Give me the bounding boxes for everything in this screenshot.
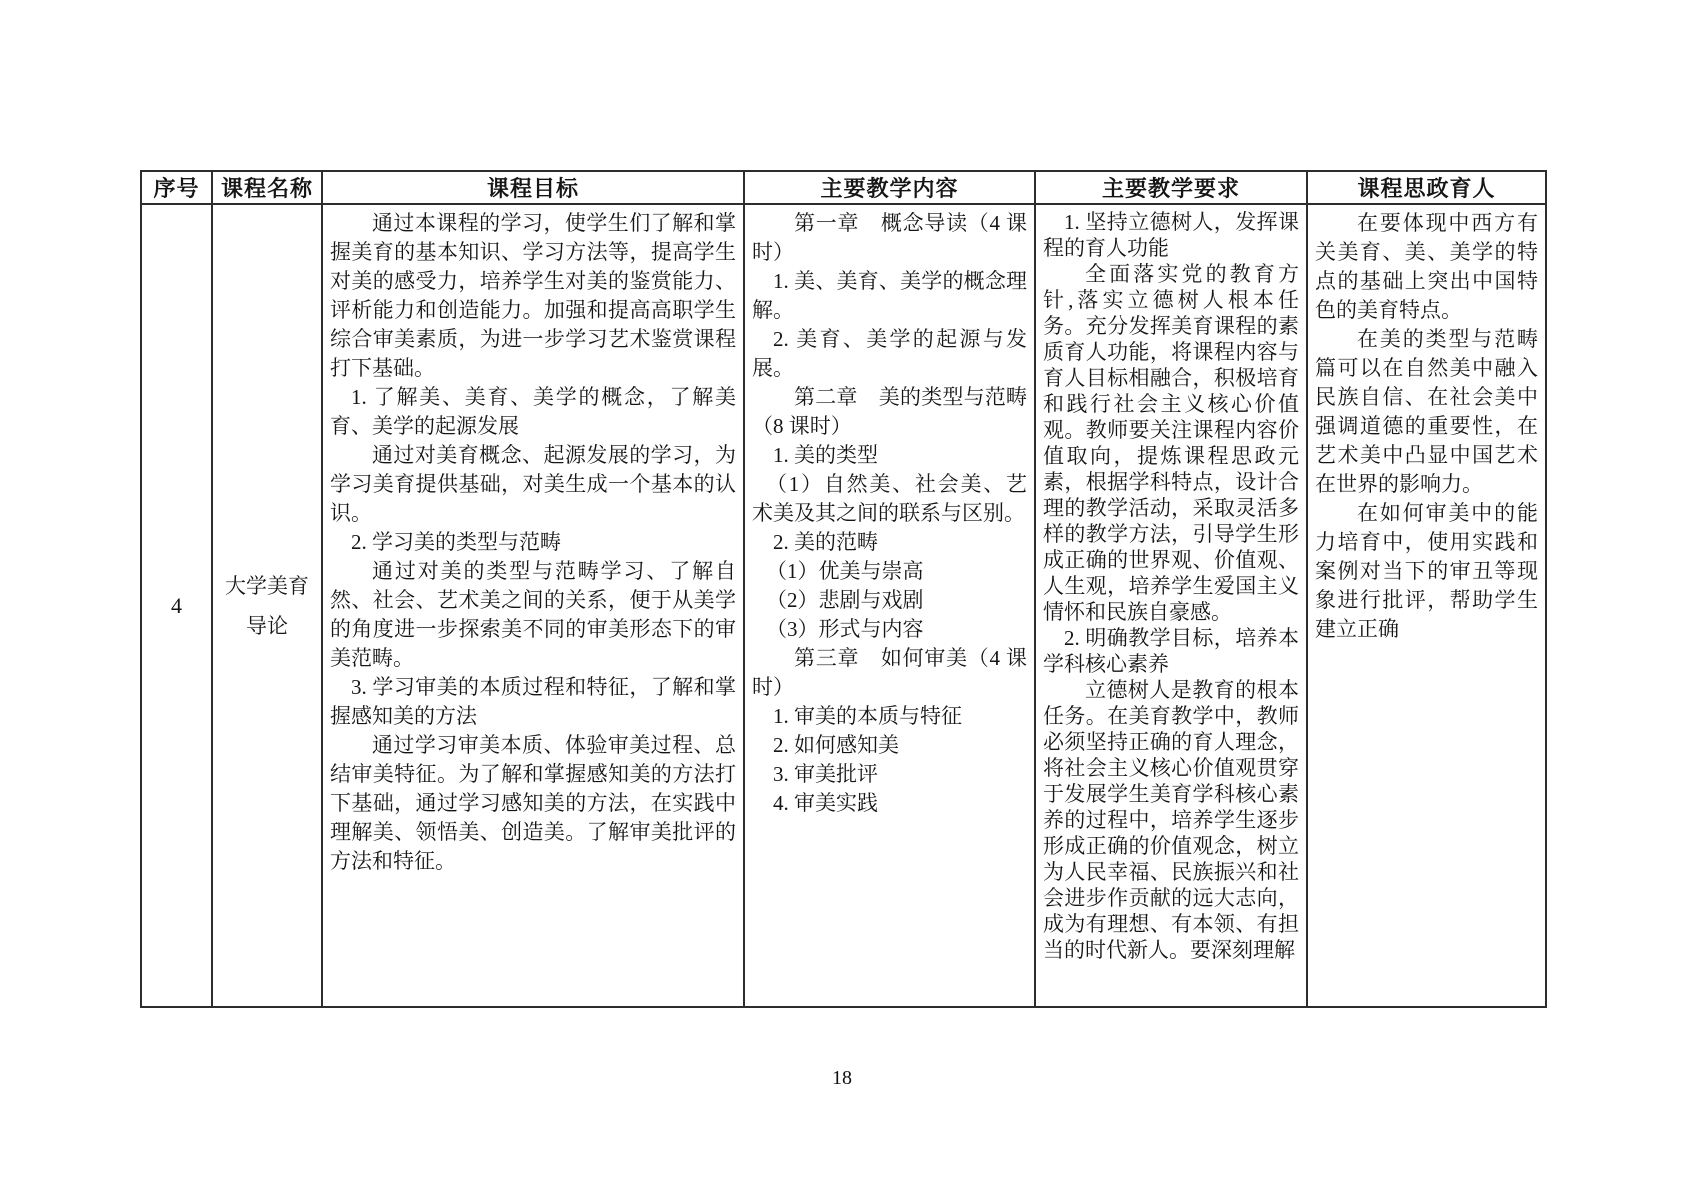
header-teaching-content: 主要教学内容 bbox=[744, 171, 1035, 204]
paragraph: 1. 坚持立德树人，发挥课程的育人功能 bbox=[1043, 209, 1299, 261]
paragraph: 大学美育 bbox=[220, 566, 314, 606]
header-course-name: 课程名称 bbox=[212, 171, 322, 204]
paragraph: 2. 明确教学目标，培养本学科核心素养 bbox=[1043, 625, 1299, 677]
cell-teaching-content: 第一章 概念导读（4 课时）1. 美、美育、美学的概念理解。2. 美育、美学的起… bbox=[744, 204, 1035, 1007]
paragraph: （1）自然美、社会美、艺术美及其之间的联系与区别。 bbox=[752, 470, 1027, 528]
paragraph: （2）悲剧与戏剧 bbox=[752, 586, 1027, 615]
paragraph: 2. 美育、美学的起源与发展。 bbox=[752, 325, 1027, 383]
table-row: 4 大学美育导论 通过本课程的学习，使学生们了解和掌握美育的基本知识、学习方法等… bbox=[141, 204, 1546, 1007]
paragraph: 通过本课程的学习，使学生们了解和掌握美育的基本知识、学习方法等，提高学生对美的感… bbox=[330, 209, 736, 383]
paragraph: 1. 了解美、美育、美学的概念，了解美育、美学的起源发展 bbox=[330, 383, 736, 441]
page-number: 18 bbox=[0, 1066, 1684, 1090]
paragraph: （3）形式与内容 bbox=[752, 615, 1027, 644]
cell-ideology-education: 在要体现中西方有关美育、美、美学的特点的基础上突出中国特色的美育特点。在美的类型… bbox=[1307, 204, 1546, 1007]
paragraph: 立德树人是教育的根本任务。在美育教学中，教师必须坚持正确的育人理念，将社会主义核… bbox=[1043, 677, 1299, 963]
cell-teaching-requirements: 1. 坚持立德树人，发挥课程的育人功能全面落实党的教育方针,落实立德树人根本任务… bbox=[1035, 204, 1307, 1007]
paragraph: 1. 美、美育、美学的概念理解。 bbox=[752, 267, 1027, 325]
header-course-objectives: 课程目标 bbox=[322, 171, 744, 204]
paragraph: 2. 美的范畴 bbox=[752, 528, 1027, 557]
cell-course-objectives: 通过本课程的学习，使学生们了解和掌握美育的基本知识、学习方法等，提高学生对美的感… bbox=[322, 204, 744, 1007]
paragraph: 4. 审美实践 bbox=[752, 789, 1027, 818]
cell-course-name: 大学美育导论 bbox=[212, 204, 322, 1007]
paragraph: 第三章 如何审美（4 课时） bbox=[752, 644, 1027, 702]
paragraph: 3. 学习审美的本质过程和特征，了解和掌握感知美的方法 bbox=[330, 673, 736, 731]
paragraph: 通过对美育概念、起源发展的学习，为学习美育提供基础，对美生成一个基本的认识。 bbox=[330, 441, 736, 528]
course-table: 序号 课程名称 课程目标 主要教学内容 主要教学要求 课程思政育人 4 大学美育… bbox=[140, 170, 1547, 1008]
paragraph: 第一章 概念导读（4 课时） bbox=[752, 209, 1027, 267]
paragraph: 在要体现中西方有关美育、美、美学的特点的基础上突出中国特色的美育特点。 bbox=[1315, 209, 1538, 325]
cell-seq: 4 bbox=[141, 204, 212, 1007]
paragraph: 导论 bbox=[220, 606, 314, 646]
paragraph: 2. 学习美的类型与范畴 bbox=[330, 528, 736, 557]
paragraph: 1. 审美的本质与特征 bbox=[752, 702, 1027, 731]
paragraph: 通过对美的类型与范畴学习、了解自然、社会、艺术美之间的关系，便于从美学的角度进一… bbox=[330, 557, 736, 673]
paragraph: 3. 审美批评 bbox=[752, 760, 1027, 789]
header-row: 序号 课程名称 课程目标 主要教学内容 主要教学要求 课程思政育人 bbox=[141, 171, 1546, 204]
paragraph: （1）优美与崇高 bbox=[752, 557, 1027, 586]
paragraph: 全面落实党的教育方针,落实立德树人根本任务。充分发挥美育课程的素质育人功能，将课… bbox=[1043, 261, 1299, 625]
paragraph: 1. 美的类型 bbox=[752, 441, 1027, 470]
paragraph: 2. 如何感知美 bbox=[752, 731, 1027, 760]
paragraph: 在美的类型与范畴篇可以在自然美中融入民族自信、在社会美中强调道德的重要性，在艺术… bbox=[1315, 325, 1538, 499]
paragraph: 在如何审美中的能力培育中，使用实践和案例对当下的审丑等现象进行批评，帮助学生建立… bbox=[1315, 499, 1538, 644]
header-teaching-requirements: 主要教学要求 bbox=[1035, 171, 1307, 204]
paragraph: 第二章 美的类型与范畴（8 课时） bbox=[752, 383, 1027, 441]
header-seq: 序号 bbox=[141, 171, 212, 204]
paragraph: 通过学习审美本质、体验审美过程、总结审美特征。为了解和掌握感知美的方法打下基础，… bbox=[330, 731, 736, 876]
header-ideology-education: 课程思政育人 bbox=[1307, 171, 1546, 204]
